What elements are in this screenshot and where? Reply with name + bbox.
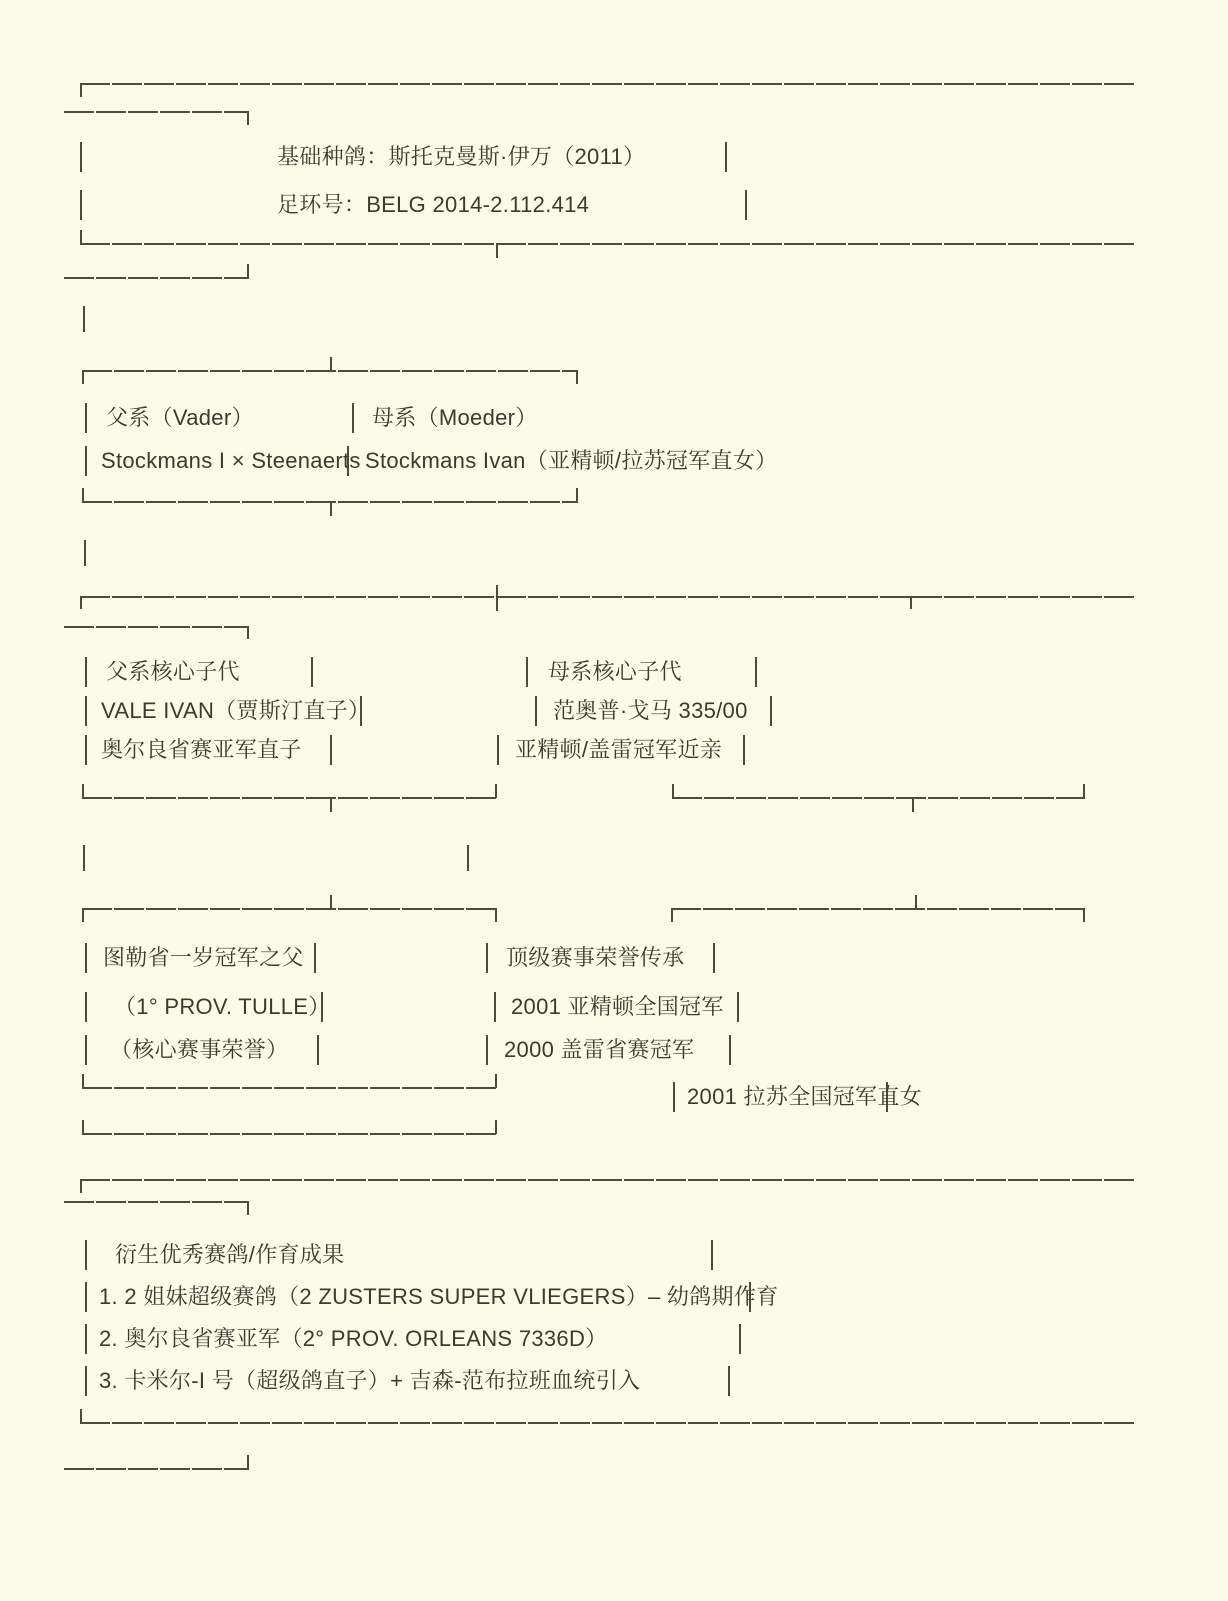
- divider-bar: [85, 1324, 87, 1354]
- divider-bar: [85, 1366, 87, 1396]
- connector-tick: [247, 1201, 249, 1215]
- divider-bar: [739, 1324, 741, 1354]
- divider-bar: [728, 1366, 730, 1396]
- connector-tick: [495, 908, 497, 922]
- divider-bar: [467, 845, 469, 871]
- connector-tick: [1083, 908, 1085, 922]
- divider-bar: [725, 142, 727, 172]
- divider-bar: [729, 1035, 731, 1065]
- mother-honors-line1: 2001 亚精顿全国冠军: [511, 992, 724, 1022]
- father-label: 父系（Vader）: [106, 403, 254, 433]
- border-line: [671, 908, 1085, 910]
- connector-tick: [496, 585, 498, 611]
- connector-tick: [80, 230, 82, 244]
- mother-label: 母系（Moeder）: [372, 403, 538, 433]
- divider-bar: [711, 1240, 713, 1270]
- father-honors-line1: （1° PROV. TULLE）: [114, 992, 331, 1022]
- connector-tick: [330, 895, 332, 909]
- connector-tick: [1083, 784, 1085, 798]
- father-honors-heading: 图勒省一岁冠军之父: [103, 943, 304, 973]
- border-line: [82, 797, 497, 799]
- results-item-1: 1. 2 姐妹超级赛鸽（2 ZUSTERS SUPER VLIEGERS）– 幼…: [99, 1282, 778, 1312]
- father-branch-heading: 父系核心子代: [106, 657, 240, 687]
- divider-bar: [526, 657, 528, 687]
- connector-tick: [330, 797, 332, 812]
- father-value: Stockmans I × Steenaerts: [101, 446, 361, 476]
- connector-tick: [80, 1409, 82, 1423]
- border-line: [82, 1133, 497, 1135]
- connector-tick: [330, 501, 332, 516]
- divider-bar: [330, 735, 332, 765]
- divider-bar: [311, 657, 313, 687]
- divider-bar: [80, 190, 82, 220]
- connector-tick: [247, 111, 249, 125]
- border-line: [80, 243, 1136, 245]
- divider-bar: [352, 403, 354, 433]
- results-item-2: 2. 奥尔良省赛亚军（2° PROV. ORLEANS 7336D）: [99, 1324, 607, 1354]
- divider-bar: [84, 540, 86, 566]
- connector-tick: [247, 626, 249, 639]
- divider-bar: [80, 142, 82, 172]
- connector-tick: [912, 797, 914, 812]
- divider-bar: [85, 403, 87, 433]
- divider-bar: [497, 735, 499, 765]
- divider-bar: [486, 943, 488, 973]
- connector-tick: [496, 243, 498, 258]
- border-line: [80, 83, 1136, 85]
- mother-branch-line2: 亚精顿/盖雷冠军近亲: [515, 735, 722, 765]
- border-line: [82, 1087, 497, 1089]
- connector-tick: [80, 83, 82, 97]
- mother-branch-heading: 母系核心子代: [548, 657, 682, 687]
- divider-bar: [83, 845, 85, 871]
- connector-tick: [247, 1455, 249, 1469]
- mother-branch-line1: 范奥普·戈马 335/00: [553, 696, 748, 726]
- divider-bar: [85, 735, 87, 765]
- divider-bar: [85, 1282, 87, 1312]
- connector-tick: [495, 1120, 497, 1134]
- divider-bar: [673, 1082, 675, 1112]
- border-line: [64, 111, 249, 113]
- connector-tick: [82, 784, 84, 798]
- connector-tick: [576, 488, 578, 502]
- border-line: [64, 626, 249, 628]
- connector-tick: [247, 264, 249, 278]
- connector-tick: [672, 784, 674, 798]
- father-branch-line2: 奥尔良省赛亚军直子: [101, 735, 302, 765]
- divider-bar: [317, 1035, 319, 1065]
- divider-bar: [85, 943, 87, 973]
- border-line: [64, 1201, 249, 1203]
- divider-bar: [713, 943, 715, 973]
- divider-bar: [494, 992, 496, 1022]
- connector-tick: [82, 1120, 84, 1134]
- border-line: [80, 1179, 1136, 1181]
- border-line: [80, 1422, 1136, 1424]
- father-branch-line1: VALE IVAN（贾斯汀直子）: [101, 696, 370, 726]
- connector-tick: [330, 357, 332, 371]
- pedigree-chart: 基础种鸽：斯托克曼斯·伊万（2011） 足环号：BELG 2014-2.112.…: [0, 0, 1228, 1601]
- mother-honors-heading: 顶级赛事荣誉传承: [506, 943, 684, 973]
- divider-bar: [85, 992, 87, 1022]
- divider-bar: [85, 446, 87, 476]
- divider-bar: [535, 696, 537, 726]
- connector-tick: [82, 908, 84, 922]
- ring-number: 足环号：BELG 2014-2.112.414: [277, 190, 589, 220]
- divider-bar: [743, 735, 745, 765]
- border-line: [82, 908, 497, 910]
- border-line: [64, 277, 249, 279]
- border-line: [80, 596, 1136, 598]
- divider-bar: [85, 1035, 87, 1065]
- results-item-3: 3. 卡米尔-I 号（超级鸽直子）+ 吉森-范布拉班血统引入: [99, 1366, 640, 1396]
- connector-tick: [576, 370, 578, 384]
- results-heading: 衍生优秀赛鸽/作育成果: [115, 1240, 344, 1270]
- connector-tick: [82, 488, 84, 502]
- mother-honors-line3: 2001 拉苏全国冠军直女: [687, 1082, 922, 1112]
- connector-tick: [82, 1074, 84, 1088]
- mother-honors-line2: 2000 盖雷省赛冠军: [504, 1035, 694, 1065]
- divider-bar: [85, 657, 87, 687]
- divider-bar: [737, 992, 739, 1022]
- connector-tick: [80, 1179, 82, 1193]
- border-line: [672, 797, 1085, 799]
- divider-bar: [314, 943, 316, 973]
- connector-tick: [495, 784, 497, 798]
- mother-value: Stockmans Ivan（亚精顿/拉苏冠军直女）: [365, 446, 777, 476]
- connector-tick: [82, 370, 84, 384]
- divider-bar: [486, 1035, 488, 1065]
- connector-tick: [80, 596, 82, 609]
- divider-bar: [745, 190, 747, 220]
- connector-tick: [910, 596, 912, 609]
- foundation-pigeon-title: 基础种鸽：斯托克曼斯·伊万（2011）: [277, 142, 645, 172]
- divider-bar: [83, 306, 85, 332]
- father-honors-line2: （核心赛事荣誉）: [110, 1035, 288, 1065]
- divider-bar: [85, 1240, 87, 1270]
- connector-tick: [495, 1074, 497, 1088]
- divider-bar: [770, 696, 772, 726]
- divider-bar: [755, 657, 757, 687]
- connector-tick: [671, 908, 673, 922]
- divider-bar: [85, 696, 87, 726]
- border-line: [64, 1468, 249, 1470]
- connector-tick: [915, 895, 917, 909]
